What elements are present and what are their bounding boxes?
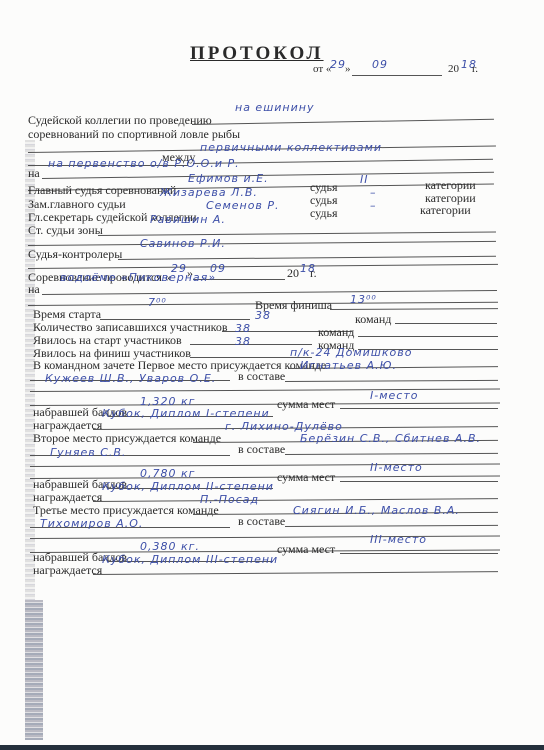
start-value: 7⁰⁰: [148, 296, 167, 309]
date-mid: »: [345, 63, 351, 75]
judge-secretary-value: Семенов Р.: [206, 199, 280, 212]
date-year-suffix: г.: [472, 63, 478, 75]
place2-sum-label: сумма мест: [277, 470, 335, 485]
place3-score: 0,380 кг.: [140, 540, 200, 553]
place2-score: 0,780 кг: [140, 467, 195, 480]
place1-composition-2: Кужеев Ш.В., Уваров О.Е.: [45, 372, 216, 385]
intro-line1-label: Судейской коллегии по проведению: [28, 113, 212, 128]
judge-deputy-category: –: [370, 186, 377, 199]
judge-chief-value: Ефимов и.Е.: [188, 172, 269, 185]
scan-bottom-edge: [0, 745, 544, 750]
place1-composition-label: в составе: [238, 369, 285, 384]
place3-sum-label: сумма мест: [277, 542, 335, 557]
held-place: водоёме «Пиковерная»: [60, 271, 216, 284]
place3-award: Кубок, Диплом III-степени: [102, 553, 278, 566]
place1-composition-1: Игнатьев А.Ю.: [300, 359, 397, 372]
place2-sum: II-место: [370, 461, 423, 474]
zone-judge-label: Ст. судьи зоны: [28, 223, 103, 238]
held-year-suffix: г.: [310, 266, 317, 281]
place3-composition-2: Тихомиров А.О.: [40, 517, 143, 530]
place3-label: Третье место присуждается команде: [33, 503, 219, 518]
place1-sum-label: сумма мест: [277, 397, 335, 412]
held-year-prefix: 20: [287, 266, 299, 281]
date-month: 09: [372, 58, 388, 71]
judge-secretary-judge-label: судья: [310, 206, 338, 221]
count-registered-value: 38: [255, 309, 271, 322]
judge-secretary-category: –: [370, 199, 377, 212]
judge-secretary-category-label: категории: [420, 203, 471, 218]
date-prefix: от «: [313, 63, 331, 75]
place3-award-label: награждается: [33, 563, 102, 578]
finish-value: 13⁰⁰: [350, 293, 377, 306]
zone-judge-value: Равишин А.: [150, 213, 226, 226]
intro-line1-value: на ешинину: [235, 101, 314, 114]
place3-team: П.-Посад: [200, 493, 259, 506]
date-day: 29: [330, 58, 346, 71]
place3-sum: III-место: [370, 533, 427, 546]
judge-chief-label: Главный судья соревнований: [28, 183, 176, 198]
place2-composition-label: в составе: [238, 442, 285, 457]
between-value: первичными коллективами: [200, 141, 382, 154]
intro-line2-label: соревнований по спортивной ловле рыбы: [28, 127, 240, 142]
held-on-label: на: [28, 282, 40, 297]
place1-award: Кубок, Диплом I-степени: [102, 407, 270, 420]
count-start-value: 38: [235, 322, 251, 335]
on-value: на первенство о/в Р.О.О.и Р.: [48, 157, 240, 170]
place2-award: Кубок, Диплом II-степени: [102, 480, 274, 493]
count-finish-value: 38: [235, 335, 251, 348]
place3-composition-label: в составе: [238, 514, 285, 529]
place2-composition-1: Берёзин С.В., Сбитнев А.В.: [300, 432, 481, 445]
date-year-prefix: 20: [448, 63, 459, 75]
place2-composition-2: Гуняев С.В.: [50, 446, 126, 459]
judge-chief-category: II: [360, 173, 369, 186]
controllers-label: Судья-контролеры: [28, 247, 122, 262]
document-title: ПРОТОКОЛ: [190, 43, 324, 65]
count-registered-teams-label: команд: [355, 312, 391, 327]
place2-label: Второе место присуждается команде: [33, 431, 221, 446]
binding-edge-lower: [25, 600, 43, 740]
on-label: на: [28, 166, 40, 181]
scanned-document: ПРОТОКОЛ от « 29 » 09 20 18 г. Судейской…: [0, 0, 544, 745]
place1-sum: I-место: [370, 389, 418, 402]
place1-team: п/к-24 Домишково: [290, 346, 412, 359]
controllers-value: Савинов Р.И.: [140, 237, 226, 250]
place3-composition-1: Сиягин И.Б., Маслов В.А.: [293, 504, 460, 517]
judge-deputy-value: Жизарева Л.В.: [160, 186, 258, 199]
